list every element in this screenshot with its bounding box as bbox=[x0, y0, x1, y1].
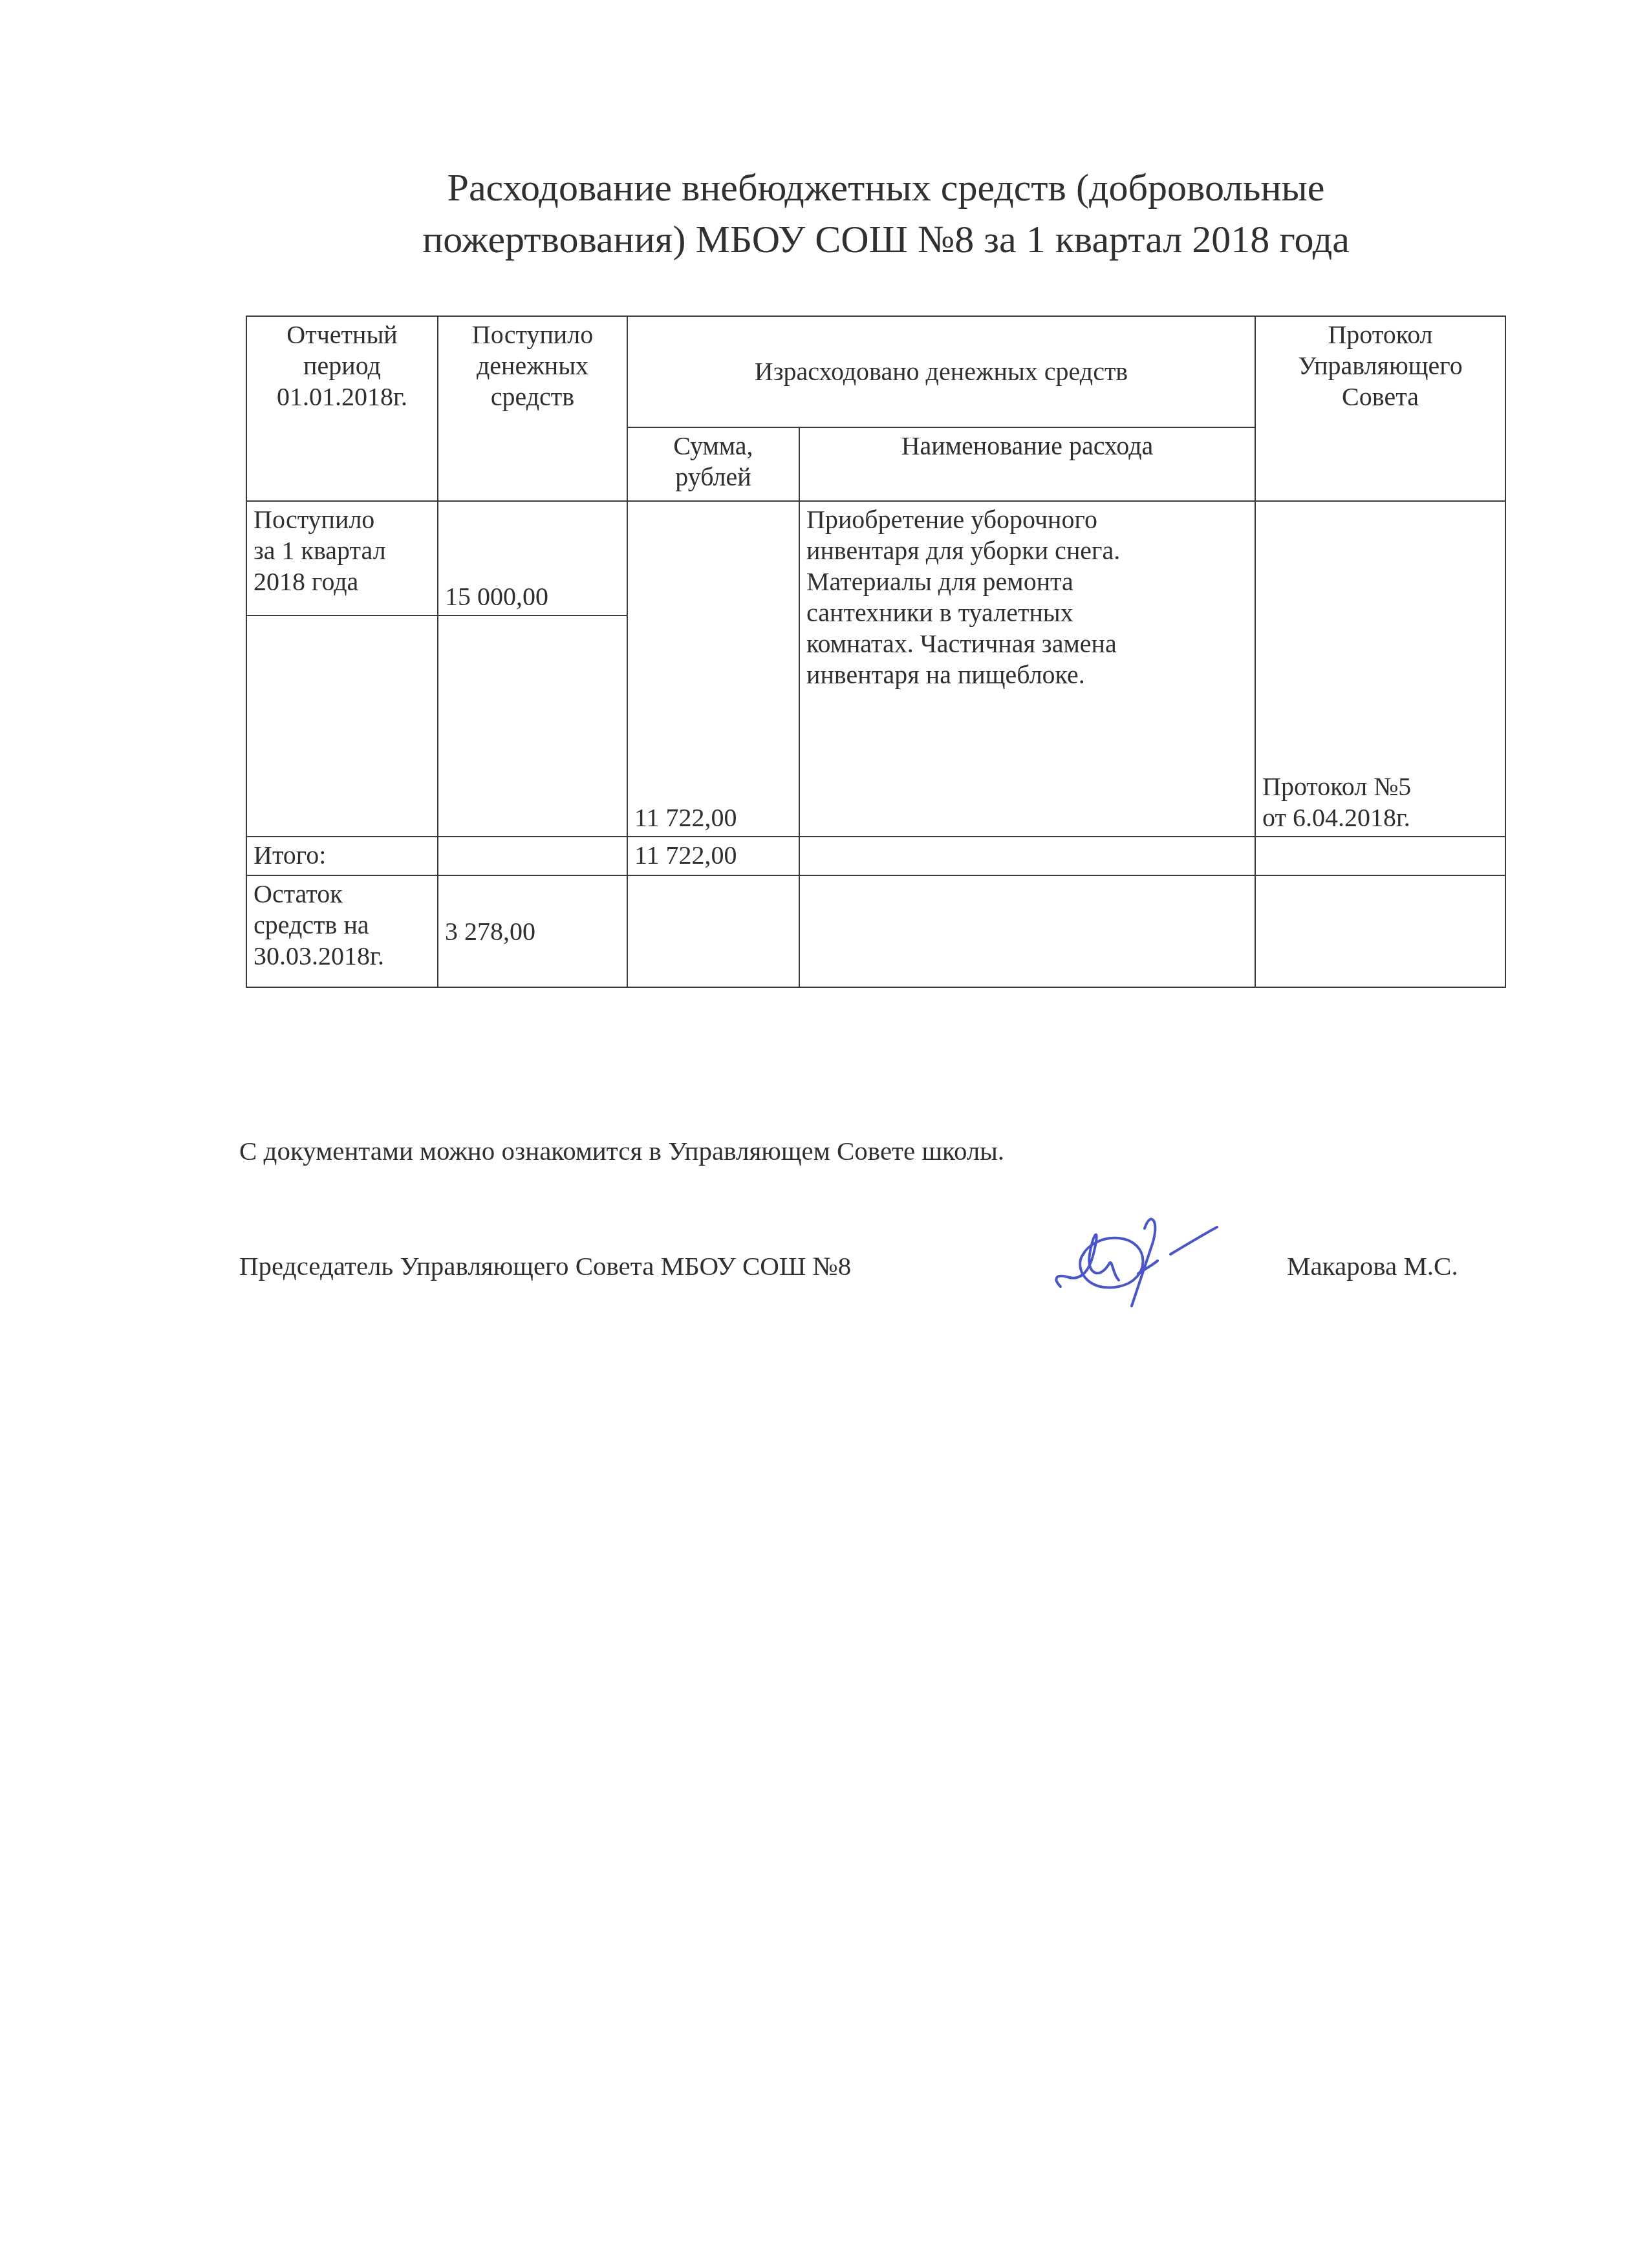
total-label: Итого: bbox=[246, 837, 438, 875]
cell-line: за 1 квартал bbox=[253, 535, 431, 566]
header-received-line: денежных bbox=[445, 350, 620, 381]
header-received-line: Поступило bbox=[445, 319, 620, 350]
balance-protocol bbox=[1255, 875, 1505, 987]
cell-line: Материалы для ремонта bbox=[806, 566, 1248, 597]
cell-protocol: Протокол №5 от 6.04.2018г. bbox=[1255, 501, 1505, 837]
header-received-line: средств bbox=[445, 381, 620, 412]
header-protocol-line: Совета bbox=[1262, 381, 1498, 412]
cell-line: от 6.04.2018г. bbox=[1262, 802, 1498, 833]
chairman-label: Председатель Управляющего Совета МБОУ СО… bbox=[239, 1250, 851, 1281]
header-received: Поступило денежных средств bbox=[438, 316, 627, 501]
cell-empty bbox=[246, 615, 438, 837]
cell-line: инвентаря для уборки снега. bbox=[806, 535, 1248, 566]
cell-spent-name: Приобретение уборочного инвентаря для уб… bbox=[799, 501, 1255, 837]
balance-row: Остаток средств на 30.03.2018г. 3 278,00 bbox=[246, 875, 1505, 987]
cell-line: Остаток bbox=[253, 879, 431, 910]
cell-line: Поступило bbox=[253, 504, 431, 535]
cell-line: сантехники в туалетных bbox=[806, 597, 1248, 628]
header-protocol-line: Протокол bbox=[1262, 319, 1498, 350]
cell-spent-sum: 11 722,00 bbox=[627, 501, 799, 837]
title-line-1: Расходование внебюджетных средств (добро… bbox=[278, 162, 1494, 213]
header-period-line: Отчетный bbox=[253, 319, 431, 350]
table-row: Поступило за 1 квартал 2018 года 15 000,… bbox=[246, 501, 1505, 615]
cell-line: 30.03.2018г. bbox=[253, 941, 431, 972]
header-period-line: 01.01.2018г. bbox=[253, 381, 431, 412]
header-sum-line: рублей bbox=[634, 462, 792, 493]
cell-line: Приобретение уборочного bbox=[806, 504, 1248, 535]
signature-icon bbox=[1048, 1203, 1261, 1312]
total-spent-name bbox=[799, 837, 1255, 875]
total-row: Итого: 11 722,00 bbox=[246, 837, 1505, 875]
total-protocol bbox=[1255, 837, 1505, 875]
title-line-2: пожертвования) МБОУ СОШ №8 за 1 квартал … bbox=[278, 213, 1494, 265]
cell-empty bbox=[438, 615, 627, 837]
header-period: Отчетный период 01.01.2018г. bbox=[246, 316, 438, 501]
header-period-line: период bbox=[253, 350, 431, 381]
header-protocol-line: Управляющего bbox=[1262, 350, 1498, 381]
balance-spent-sum bbox=[627, 875, 799, 987]
header-spent-group: Израсходовано денежных средств bbox=[627, 316, 1255, 427]
cell-period: Поступило за 1 квартал 2018 года bbox=[246, 501, 438, 615]
balance-label: Остаток средств на 30.03.2018г. bbox=[246, 875, 438, 987]
document-title: Расходование внебюджетных средств (добро… bbox=[278, 162, 1494, 265]
cell-line: инвентаря на пищеблоке. bbox=[806, 659, 1248, 690]
header-sum-line: Сумма, bbox=[634, 431, 792, 462]
balance-received: 3 278,00 bbox=[438, 875, 627, 987]
header-protocol: Протокол Управляющего Совета bbox=[1255, 316, 1505, 501]
total-spent-sum: 11 722,00 bbox=[627, 837, 799, 875]
cell-received: 15 000,00 bbox=[438, 501, 627, 615]
total-received bbox=[438, 837, 627, 875]
header-spent-sum: Сумма, рублей bbox=[627, 427, 799, 501]
balance-spent-name bbox=[799, 875, 1255, 987]
chairman-name: Макарова М.С. bbox=[1287, 1250, 1458, 1281]
header-row-1: Отчетный период 01.01.2018г. Поступило д… bbox=[246, 316, 1505, 427]
cell-line: средств на bbox=[253, 910, 431, 941]
documents-note: С документами можно ознакомится в Управл… bbox=[239, 1135, 1004, 1166]
cell-line: 2018 года bbox=[253, 566, 431, 597]
cell-line: Протокол №5 bbox=[1262, 771, 1498, 802]
header-spent-name: Наименование расхода bbox=[799, 427, 1255, 501]
cell-line: комнатах. Частичная замена bbox=[806, 628, 1248, 659]
expense-table: Отчетный период 01.01.2018г. Поступило д… bbox=[246, 316, 1506, 988]
